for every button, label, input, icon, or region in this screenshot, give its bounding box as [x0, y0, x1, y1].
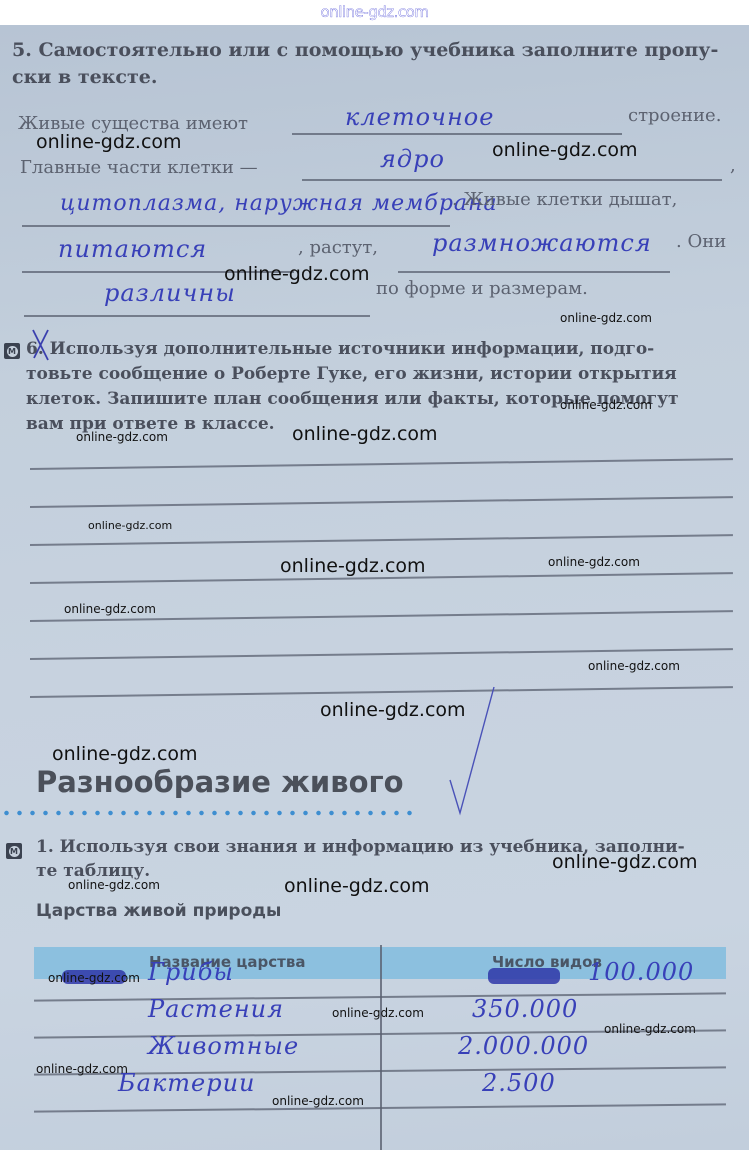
table-cell-species: 100.000 — [588, 958, 694, 986]
table-cell-species: 2.000.000 — [458, 1032, 589, 1060]
m-icon: M — [4, 343, 20, 359]
watermark: online-gdz.com — [48, 971, 140, 985]
watermark: online-gdz.com — [52, 743, 198, 765]
watermark: online-gdz.com — [292, 423, 438, 445]
blank-line — [292, 133, 622, 135]
watermark: online-gdz.com — [284, 875, 430, 897]
table-cell-kingdom: Грибы — [148, 958, 234, 986]
watermark: online-gdz.com — [224, 263, 370, 285]
watermark: online-gdz.com — [36, 1062, 128, 1076]
s2-answer[interactable]: ядро — [380, 145, 445, 173]
task5-prompt-line1: 5. Самостоятельно или с помощью учебника… — [12, 37, 742, 64]
table-cell-kingdom: Бактерии — [118, 1069, 256, 1097]
watermark: online-gdz.com — [492, 139, 638, 161]
dotted-divider — [0, 810, 420, 816]
s3-after: . Живые клетки дышат, — [452, 189, 677, 210]
s3-answer[interactable]: цитоплазма, наружная мембрана — [60, 191, 498, 216]
table-cell-kingdom: Животные — [148, 1032, 299, 1060]
watermark: online-gdz.com — [332, 1006, 424, 1020]
task6-line2: товьте сообщение о Роберте Гуке, его жиз… — [26, 362, 741, 387]
s5-answer[interactable]: различны — [104, 279, 236, 307]
s4-answer2[interactable]: размножаются — [432, 229, 652, 257]
task6-prompt: 6. Используя дополнительные источники ин… — [26, 337, 741, 437]
answer-line[interactable] — [30, 458, 733, 469]
table-caption: Царства живой природы — [36, 901, 281, 921]
s4-after: . Они — [676, 231, 726, 252]
answer-line[interactable] — [30, 648, 733, 659]
workbook-page: 5. Самостоятельно или с помощью учебника… — [0, 25, 749, 1150]
blank-line — [398, 271, 670, 273]
s2-after: , — [730, 155, 736, 176]
watermark: online-gdz.com — [548, 555, 640, 569]
column-divider — [380, 945, 382, 1150]
answer-line[interactable] — [30, 534, 733, 545]
s1-after: строение. — [628, 105, 721, 126]
task6-line1: 6. Используя дополнительные источники ин… — [26, 337, 741, 362]
watermark: online-gdz.com — [552, 851, 698, 873]
section-heading: Разнообразие живого — [36, 765, 404, 799]
site-banner: online-gdz.com — [0, 0, 749, 25]
watermark: online-gdz.com — [272, 1094, 364, 1108]
answer-line[interactable] — [30, 496, 733, 507]
blank-line — [22, 225, 450, 227]
m-icon: M — [6, 843, 22, 859]
blank-line — [24, 315, 370, 317]
watermark: online-gdz.com — [604, 1022, 696, 1036]
watermark: online-gdz.com — [320, 699, 466, 721]
watermark: online-gdz.com — [560, 311, 652, 325]
watermark: online-gdz.com — [588, 659, 680, 673]
task5-prompt-line2: ски в тексте. — [12, 64, 742, 91]
scribble-mark — [488, 968, 560, 984]
watermark: online-gdz.com — [76, 430, 168, 444]
table-cell-species: 350.000 — [472, 995, 578, 1023]
table-cell-kingdom: Растения — [148, 995, 284, 1023]
s5-after: по форме и размерам. — [376, 278, 588, 299]
answer-line[interactable] — [30, 686, 733, 697]
task5-prompt: 5. Самостоятельно или с помощью учебника… — [12, 37, 742, 91]
watermark: online-gdz.com — [280, 555, 426, 577]
s1-answer[interactable]: клеточное — [345, 103, 494, 131]
s4-mid: , растут, — [298, 237, 378, 258]
watermark: online-gdz.com — [64, 602, 156, 616]
watermark: online-gdz.com — [88, 519, 172, 532]
watermark: online-gdz.com — [560, 398, 652, 412]
table-cell-species: 2.500 — [482, 1069, 556, 1097]
s4-answer[interactable]: питаются — [58, 235, 207, 263]
s2-before: Главные части клетки — — [20, 157, 258, 178]
watermark: online-gdz.com — [68, 878, 160, 892]
blank-line — [302, 179, 722, 181]
watermark: online-gdz.com — [36, 131, 182, 153]
site-banner-text: online-gdz.com — [321, 3, 429, 21]
